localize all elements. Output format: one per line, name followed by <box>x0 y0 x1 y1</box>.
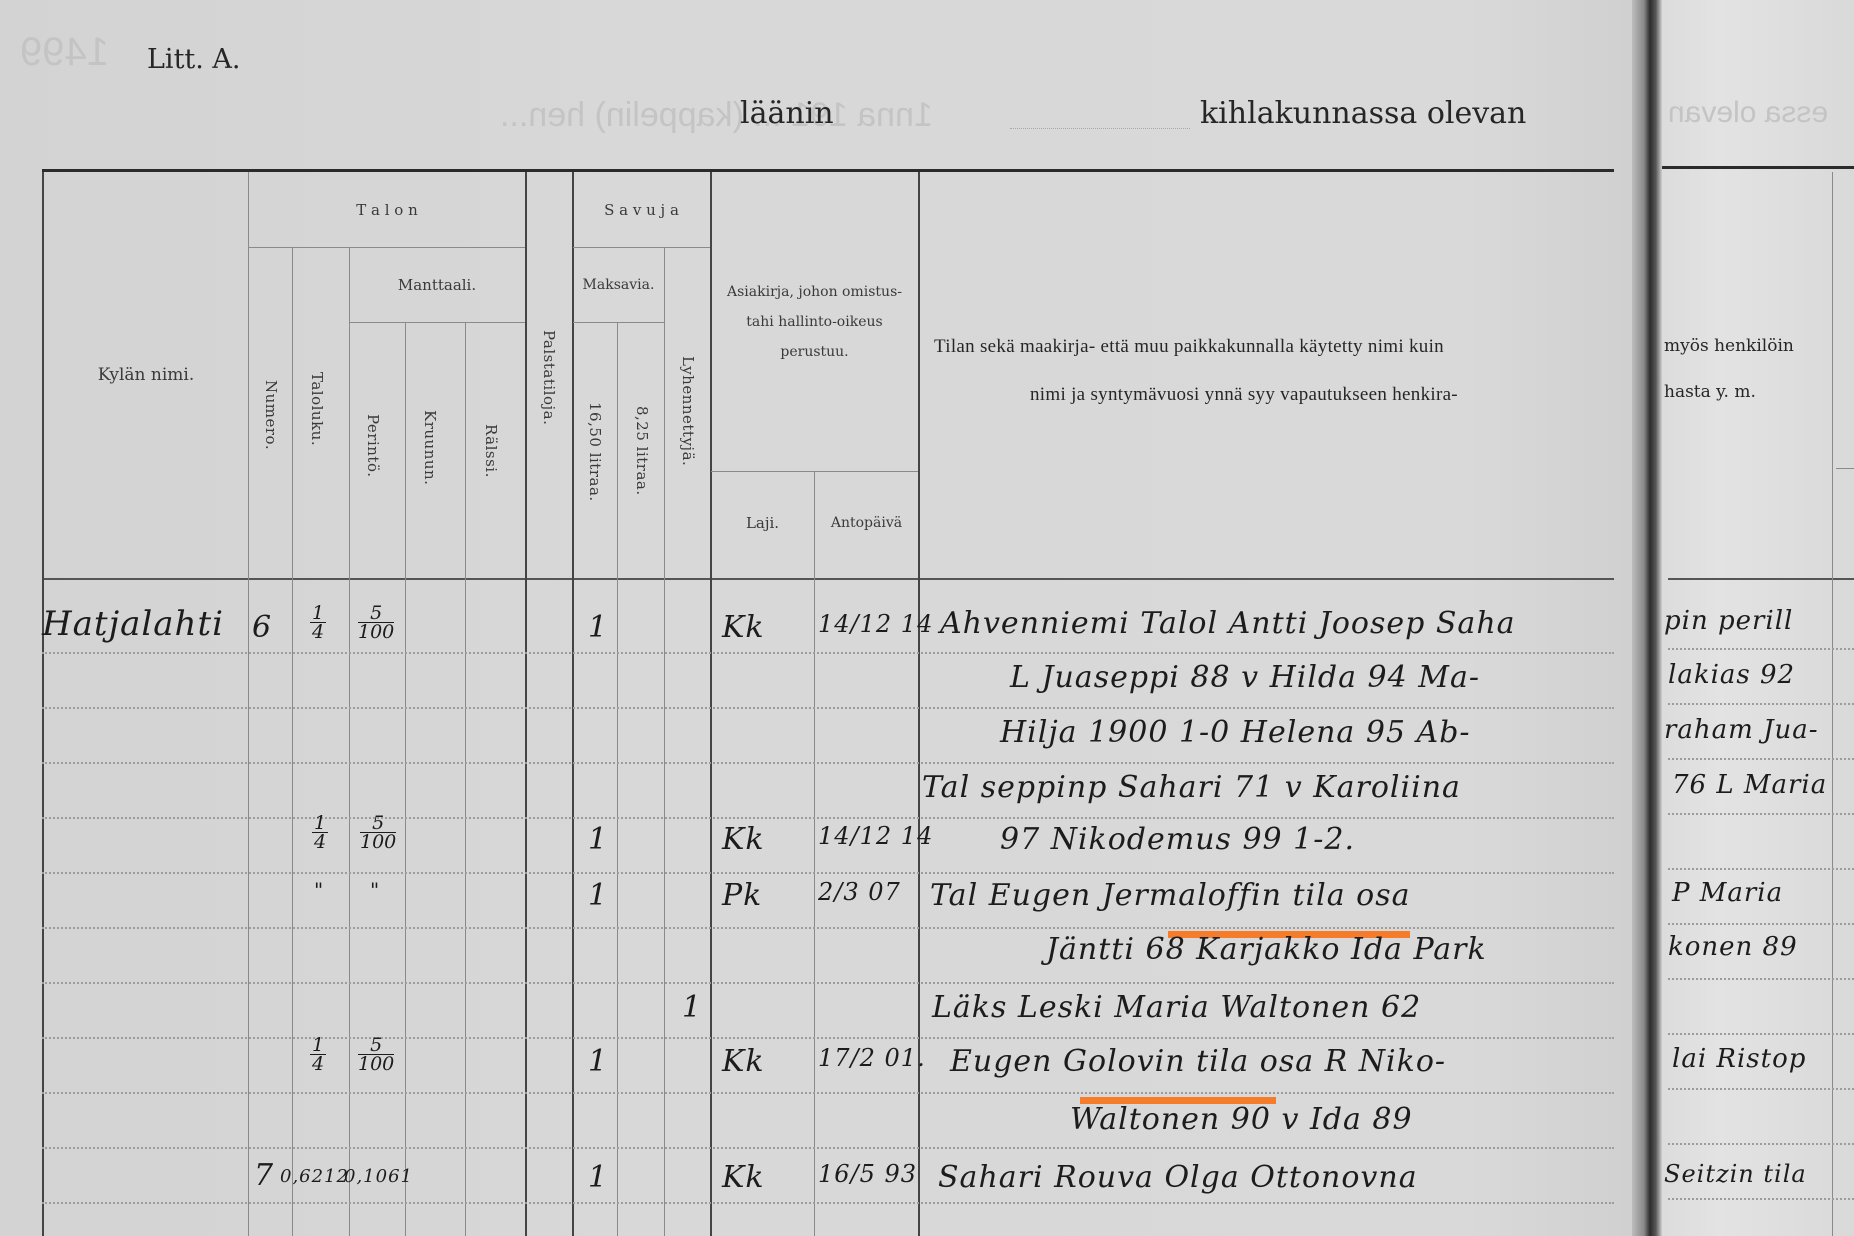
row-8-antopaiva: 17/2 01. <box>818 1044 926 1072</box>
col-line-savuja <box>572 172 574 1236</box>
row-10-maksavia: 1 <box>588 1160 608 1195</box>
row-0-antopaiva: 14/12 14 <box>818 610 933 638</box>
row-0-kyla: Hatjalahti <box>42 604 224 644</box>
ghost-title: 1nna 191 ... (kappelin) hen... <box>500 96 933 135</box>
row-rule-3 <box>42 762 1614 764</box>
form-label: Litt. A. <box>147 44 241 75</box>
row-6-tilan: Jäntti 68 Karjakko Ida Park <box>1046 932 1487 967</box>
row-10-perinto: 0,1061 <box>344 1166 413 1187</box>
col-line-left-border <box>42 172 44 1236</box>
header-top-rule <box>42 169 1614 172</box>
row-7-tilan: Läks Leski Maria Waltonen 62 <box>932 990 1421 1025</box>
header-antopaiva: Antopäivä <box>815 508 918 538</box>
row-5-tilan: Tal Eugen Jermaloffin tila osa <box>930 878 1411 913</box>
row-10-numero: 7 <box>254 1158 274 1193</box>
header-top-rule-right <box>1662 166 1854 169</box>
row-rule-r8 <box>1668 1033 1854 1035</box>
header-laji: Laji. <box>711 508 814 538</box>
header-lyhennettyja: Lyhennettyjä. <box>679 356 697 466</box>
col-line-825 <box>617 323 618 1236</box>
title-dotted-line <box>1010 128 1190 130</box>
row-10-laji: Kk <box>722 1160 765 1195</box>
header-savuja: S a v u j a <box>573 195 710 225</box>
row-rule-2 <box>42 707 1614 709</box>
row-8-tilan: Eugen Golovin tila osa R Niko- <box>950 1044 1446 1079</box>
manttaali-sub-rule <box>349 322 525 323</box>
row-rule-10 <box>42 1147 1614 1149</box>
row-5-antopaiva: 2/3 07 <box>818 878 901 906</box>
header-manttaali: Manttaali. <box>349 270 525 300</box>
row-rule-9 <box>42 1092 1614 1094</box>
header-asiakirja-2: tahi hallinto-oikeus <box>711 307 918 337</box>
row-4-antopaiva: 14/12 14 <box>818 822 933 850</box>
row-rule-r3 <box>1668 758 1854 760</box>
row-3-tilan: Tal seppinp Sahari 71 v Karoliina <box>922 770 1461 805</box>
row-rule-r9 <box>1668 1088 1854 1090</box>
row-rule-7 <box>42 982 1614 984</box>
row-8-perinto: 5100 <box>358 1036 394 1073</box>
header-kruunun: Kruunun. <box>421 410 439 485</box>
header-taloluku: Taloluku. <box>308 372 326 446</box>
header-numero: Numero. <box>262 380 280 450</box>
row-1-tilan: L Juaseppi 88 v Hilda 94 Ma- <box>1010 660 1480 695</box>
row-2-right: raham Jua- <box>1664 715 1819 745</box>
row-rule-5 <box>42 872 1614 874</box>
col-line-antopaiva <box>814 472 815 1236</box>
row-0-perinto: 5100 <box>358 604 394 641</box>
row-5-right: P Maria <box>1672 878 1783 908</box>
row-8-right: lai Ristop <box>1672 1044 1806 1074</box>
col-line-kruunun <box>405 323 406 1236</box>
row-2-tilan: Hilja 1900 1-0 Helena 95 Ab- <box>1000 715 1471 750</box>
row-8-maksavia: 1 <box>588 1044 608 1079</box>
header-maksavia: Maksavia. <box>573 270 664 300</box>
row-9-tilan: Waltonen 90 v Ida 89 <box>1070 1102 1413 1137</box>
row-rule-6 <box>42 927 1614 929</box>
header-ralssi: Rälssi. <box>482 424 500 478</box>
row-0-tilan: Ahvenniemi Talol Antti Joosep Saha <box>940 606 1516 641</box>
row-0-maksavia: 1 <box>588 610 608 645</box>
row-4-tilan: 97 Nikodemus 99 1-2. <box>1000 822 1355 857</box>
row-3-right: 76 L Maria <box>1672 770 1827 800</box>
row-0-taloluku: 14 <box>310 604 326 641</box>
header-palstatiloja: Palstatiloja. <box>540 330 558 425</box>
row-rule-r11 <box>1668 1198 1854 1200</box>
row-rule-r2 <box>1668 703 1854 705</box>
col-line-tilan <box>918 172 920 1236</box>
col-line-ralssi <box>465 323 466 1236</box>
row-rule-r4 <box>1668 813 1854 815</box>
row-rule-8 <box>42 1037 1614 1039</box>
row-rule-r6 <box>1668 923 1854 925</box>
row-8-laji: Kk <box>722 1044 765 1079</box>
header-asiakirja-1: Asiakirja, johon omistus- <box>711 277 918 307</box>
header-talon: T a l o n <box>249 195 525 225</box>
row-4-laji: Kk <box>722 822 765 857</box>
col-line-numero <box>248 172 249 1236</box>
book-gutter <box>1632 0 1662 1236</box>
row-0-numero: 6 <box>252 610 272 645</box>
savuja-sub-rule <box>573 247 710 248</box>
row-6-right: konen 89 <box>1668 932 1798 962</box>
ghost-number: 1499 <box>20 30 109 75</box>
header-right-line2: hasta y. m. <box>1664 382 1756 402</box>
row-1-right: lakias 92 <box>1668 660 1795 690</box>
row-rule-r7 <box>1668 978 1854 980</box>
row-10-right: Seitzin tila <box>1664 1160 1807 1188</box>
row-10-tilan: Sahari Rouva Olga Ottonovna <box>938 1160 1418 1195</box>
row-5-perinto: " <box>370 878 380 902</box>
row-rule-r5 <box>1668 868 1854 870</box>
col-line-lyhennettyja <box>664 248 665 1236</box>
row-4-maksavia: 1 <box>588 822 608 857</box>
row-8-taloluku: 14 <box>310 1036 326 1073</box>
right-page-sub-rule <box>1836 468 1854 469</box>
header-asiakirja-3: perustuu. <box>711 337 918 367</box>
row-5-maksavia: 1 <box>588 878 608 913</box>
header-litraa-1650: 16,50 litraa. <box>586 402 604 502</box>
title-kihlakunnassa: kihlakunnassa olevan <box>1200 96 1526 131</box>
row-rule-11 <box>42 1202 1614 1204</box>
row-rule-4 <box>42 817 1614 819</box>
row-4-perinto: 5100 <box>360 814 396 851</box>
row-10-antopaiva: 16/5 93 <box>818 1160 917 1188</box>
header-bottom-rule <box>42 578 1614 580</box>
asiakirja-sub-rule <box>711 471 918 472</box>
row-rule-r10 <box>1668 1143 1854 1145</box>
maksavia-sub-rule <box>573 322 664 323</box>
col-line-palsta <box>525 172 527 1236</box>
title-laanin: läänin <box>740 96 834 131</box>
col-line-perinto <box>349 248 350 1236</box>
row-5-taloluku: " <box>314 878 324 902</box>
header-right-line1: myös henkilöin <box>1664 336 1794 356</box>
header-tilan-line2: nimi ja syntymävuosi ynnä syy vapautukse… <box>1030 384 1458 406</box>
talon-sub-rule <box>249 247 525 248</box>
right-page-ghost-title: essa olevan <box>1668 96 1828 130</box>
header-litraa-825: 8,25 litraa. <box>633 406 651 496</box>
row-rule-1 <box>42 652 1614 654</box>
row-10-taloluku: 0,6212 <box>280 1166 349 1187</box>
header-kylan-nimi: Kylän nimi. <box>44 360 248 390</box>
header-tilan-line1: Tilan sekä maakirja- että muu paikkakunn… <box>934 336 1444 358</box>
header-perinto: Perintö. <box>364 414 382 478</box>
row-0-laji: Kk <box>722 610 765 645</box>
row-4-taloluku: 14 <box>312 814 328 851</box>
row-rule-r1 <box>1668 648 1854 650</box>
row-7-lyhennettyja: 1 <box>682 990 702 1025</box>
row-5-laji: Pk <box>722 878 762 913</box>
row-0-right: pin perill <box>1664 606 1793 636</box>
col-line-taloluku <box>292 248 293 1236</box>
header-bottom-rule-right <box>1668 578 1854 580</box>
